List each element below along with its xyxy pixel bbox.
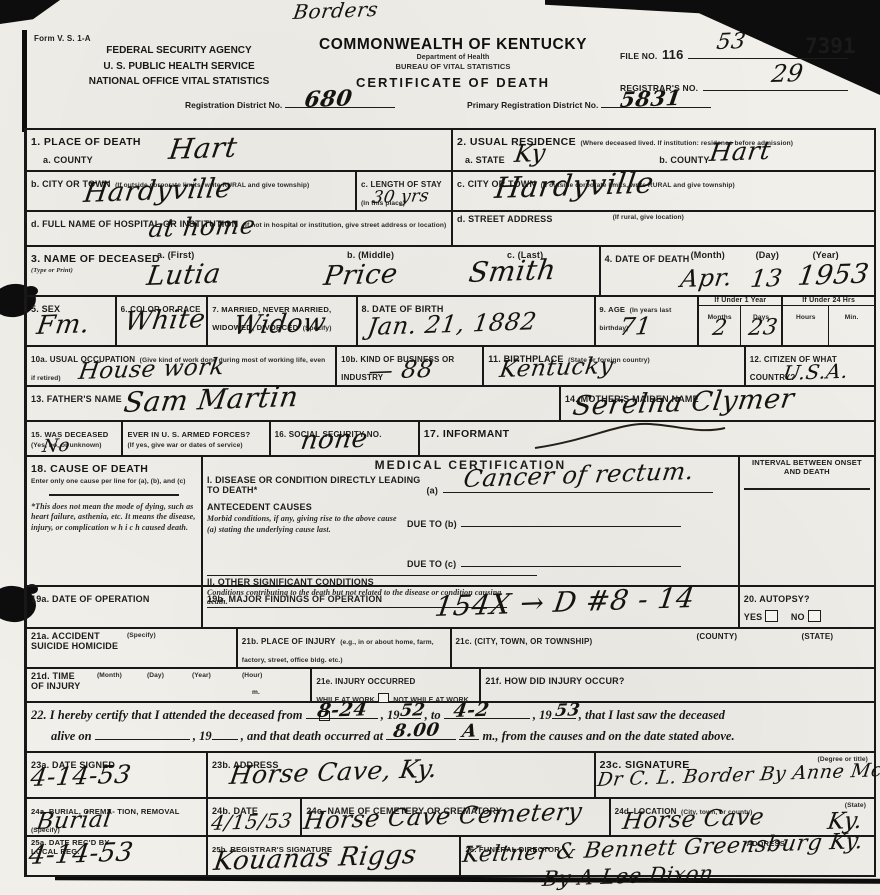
s9-months-value: 2 (711, 318, 729, 340)
section-10b-business: 10b. KIND OF BUSINESS OR INDUSTRY — 88 (335, 347, 482, 385)
file-no-stamped: 7391 (805, 34, 856, 58)
s21d-year-label: (Year) (192, 672, 211, 680)
file-no-label: FILE NO. (620, 51, 658, 61)
section-19a-date-of-operation: 19a. DATE OF OPERATION (27, 587, 201, 627)
section-23b-address: 23b. ADDRESS Horse Cave, Ky. (206, 753, 594, 797)
dept-of-health: Department of Health (288, 54, 618, 62)
s23b-value: Horse Cave, Ky. (228, 756, 439, 788)
informant-signature-stroke (530, 420, 730, 450)
s4-year-value: 1953 (796, 261, 871, 290)
s21c-state-label: (STATE) (802, 632, 834, 641)
s21c-county-label: (COUNTY) (697, 632, 738, 641)
section-26-funeral-director: 26. FUNERAL DIRECTOR ADDRESS Keltner & B… (459, 837, 874, 875)
s22-p6: alive on (51, 729, 92, 743)
med-part2-label: II. OTHER SIGNIFICANT CONDITIONS (207, 575, 537, 587)
s22-p5: , that I last saw the deceased (579, 708, 725, 722)
agency-line-2: U. S. PUBLIC HEALTH SERVICE (34, 59, 324, 75)
s3-first-value: Lutia (145, 260, 223, 290)
med-part1-label: I. DISEASE OR CONDITION DIRECTLY LEADING… (207, 475, 422, 496)
med-part1-value: Cancer of rectum. (462, 459, 696, 491)
s9-value: 71 (618, 314, 653, 339)
s25a-value: 4-14-53 (27, 839, 135, 869)
s22-p9: m., from the causes and on the date stat… (483, 729, 735, 743)
s19a-label: 19a. DATE OF OPERATION (31, 594, 150, 604)
s3-last-value: Smith (467, 256, 558, 287)
s16-value: none (299, 426, 370, 454)
s1-county-label: a. COUNTY (43, 155, 93, 165)
s4-month-label: (Month) (691, 250, 725, 260)
s22-p4: , 19 (533, 708, 552, 722)
s12-value: U.S.A. (782, 361, 850, 383)
section-9-age: 9. AGE (In years last birthday) 71 If Un… (594, 297, 874, 345)
s17-label: 17. INFORMANT (424, 428, 510, 440)
section-24b-date: 24b. DATE 4/15/53 (206, 799, 300, 835)
scan-corner-shadow-top-left (0, 0, 60, 24)
section-6-color-or-race: 6. COLOR OR RACE White (115, 297, 207, 345)
top-annotation: Borders (292, 0, 380, 22)
s21e-label: 21e. INJURY OCCURRED (316, 677, 415, 686)
header-agency-block: Form V. S. 1-A FEDERAL SECURITY AGENCY U… (34, 34, 324, 90)
section-21b-place-of-injury: 21b. PLACE OF INJURY (e.g., in or about … (236, 629, 450, 667)
s22-ampm-value: A (461, 723, 478, 741)
section-19b-major-findings: 19b. MAJOR FINDINGS OF OPERATION 154X → … (201, 587, 738, 627)
s22-p8: , and that death occurred at (241, 729, 383, 743)
s18-note1: Enter only one cause per line for (a), (… (31, 478, 197, 486)
s21d-hour-label: (Hour) (242, 672, 262, 680)
s2-state-label: a. STATE (465, 155, 505, 165)
section-5-sex: 5. SEX Fm. (27, 297, 115, 345)
section-21a-accident-suicide-homicide: 21a. ACCIDENT SUICIDE HOMICIDE (Specify) (27, 629, 236, 667)
s6-value: White (123, 306, 207, 335)
section-15-armed-forces: 15. WAS DECEASED (Yes, no, or unknown) N… (27, 422, 121, 455)
s22-time-value: 8.00 (392, 721, 441, 741)
s21a-label: 21a. ACCIDENT SUICIDE HOMICIDE (31, 631, 121, 652)
s1-county-value: Hart (167, 134, 239, 164)
s2-street-label: d. STREET ADDRESS (457, 214, 553, 243)
s1-city-value: Hardyville (82, 175, 234, 207)
section-21d-time-of-injury: 21d. TIME OF INJURY (Month) (Day) (Year)… (27, 669, 310, 701)
section-4-date-of-death: 4. DATE OF DEATH (Month) (Day) (Year) Ap… (599, 247, 874, 295)
s13-value: Sam Martin (122, 383, 300, 417)
s2-county-label: b. COUNTY (659, 155, 709, 165)
s10b-value: — 88 (367, 357, 435, 383)
s26-value: Keltner & Bennett Greensburg Ky. (461, 831, 865, 867)
s21b-label: 21b. PLACE OF INJURY (242, 637, 336, 646)
s1-stay-value: 30 yrs (371, 188, 430, 207)
commonwealth-title: COMMONWEALTH OF KENTUCKY (288, 36, 618, 54)
form-number: Form V. S. 1-A (34, 34, 324, 43)
s18-label: 18. CAUSE OF DEATH (31, 463, 148, 475)
s24a-value: Burial (35, 808, 113, 834)
s21c-label: 21c. (CITY, TOWN, OR TOWNSHIP) (456, 637, 593, 646)
s9-days-value: 23 (747, 317, 779, 340)
section-21c-city-county-state: 21c. (CITY, TOWN, OR TOWNSHIP) (COUNTY) … (450, 629, 874, 667)
s1-title: 1. PLACE OF DEATH (31, 136, 141, 148)
section-12-citizen: 12. CITIZEN OF WHAT COUNTRY? U.S.A. (744, 347, 874, 385)
reg-district-label: Registration District No. (185, 100, 282, 110)
s19b-label: 19b. MAJOR FINDINGS OF OPERATION (207, 594, 382, 604)
section-1-place-of-death: 1. PLACE OF DEATH a. COUNTY Hart b. CITY… (27, 130, 451, 245)
section-16-social-security: 16. SOCIAL SECURITY NO. none (269, 422, 418, 455)
med-part1-sub: (a) (426, 485, 438, 495)
s22-to-year: 53 (554, 702, 581, 720)
s24c-value: Horse Cave Cemetery (302, 799, 584, 833)
s1-hospital-value: at home (147, 212, 257, 241)
s22-from-value: 8-24 (316, 700, 369, 721)
s25b-value: Kouanas Riggs (212, 842, 418, 875)
s22-to-value: 4-2 (452, 701, 491, 721)
s20-label: 20. AUTOPSY? (744, 594, 810, 604)
registration-district-line: Registration District No. 680 Primary Re… (185, 100, 875, 110)
s22-p2: , 19 (381, 708, 400, 722)
death-certificate-scan: Borders Form V. S. 1-A FEDERAL SECURITY … (0, 0, 880, 895)
reg-district-value: 680 (303, 87, 354, 111)
s15-value: No (41, 437, 71, 456)
s15-note2: (If yes, give war or dates of service) (127, 442, 264, 450)
s15-label2: EVER IN U. S. ARMED FORCES? (127, 430, 250, 439)
med-interval-label: INTERVAL BETWEEN ONSET AND DEATH (744, 459, 870, 490)
s23a-value: 4-14-53 (29, 762, 133, 790)
med-due-c: DUE TO (c) (407, 559, 456, 569)
section-25b-registrar-signature: 25b. REGISTRAR'S SIGNATURE Kouanas Riggs (206, 837, 460, 875)
left-binding-bar (22, 30, 27, 132)
s1-hospital-note: (If not in hospital or institution, give… (243, 222, 447, 229)
section-17-informant: 17. INFORMANT (418, 422, 874, 455)
s21d-label: 21d. TIME OF INJURY (31, 671, 86, 692)
s10a-value: House work (77, 356, 226, 384)
s3-middle-value: Price (322, 260, 400, 290)
s18-note2: *This does not mean the mode of dying, s… (31, 502, 197, 533)
s26-value2: By A Lee Dixon (541, 863, 715, 890)
s7-value: Widow (232, 310, 328, 339)
section-3-name-of-deceased: 3. NAME OF DECEASED (Type or Print) a. (… (27, 247, 599, 295)
med-morbid-note: Morbid conditions, if any, giving rise t… (207, 514, 407, 572)
registrar-no-value: 29 (770, 61, 805, 86)
med-due-b: DUE TO (b) (407, 519, 457, 529)
section-24a-burial: 24a. BURIAL, CREMA- TION, REMOVAL (Speci… (27, 799, 206, 835)
s22-p7: , 19 (193, 729, 212, 743)
med-antecedent: ANTECEDENT CAUSES (207, 502, 734, 512)
s4-day-label: (Day) (756, 250, 780, 260)
s21d-month-label: (Month) (97, 672, 122, 680)
medical-certification-block: MEDICAL CERTIFICATION I. DISEASE OR COND… (201, 457, 738, 585)
s9-under24-label: If Under 24 Hrs (783, 297, 874, 306)
s21d-m-label: m. (252, 689, 260, 697)
autopsy-yes-checkbox (765, 610, 778, 622)
section-20-autopsy: 20. AUTOPSY? YES NO (738, 587, 874, 627)
s2-county-value: Hart (708, 138, 773, 165)
s9-min-label: Min. (845, 314, 859, 321)
s24b-value: 4/15/53 (210, 810, 294, 833)
s2-street-note: (If rural, give location) (613, 214, 684, 243)
s13-label: 13. FATHER'S NAME (31, 394, 122, 404)
section-11-birthplace: 11. BIRTHPLACE (State or foreign country… (482, 347, 743, 385)
autopsy-no-checkbox (808, 610, 821, 622)
s20-yes-label: YES (744, 612, 763, 622)
header-title-block: COMMONWEALTH OF KENTUCKY Department of H… (288, 36, 618, 90)
section-10a-occupation: 10a. USUAL OCCUPATION (Give kind of work… (27, 347, 335, 385)
s9-under1-label: If Under 1 Year (699, 297, 781, 306)
s14-value: Serelna Clymer (571, 385, 796, 420)
interval-column: INTERVAL BETWEEN ONSET AND DEATH (738, 457, 874, 585)
primary-district-value: 5831 (619, 87, 683, 110)
section-2-usual-residence: 2. USUAL RESIDENCE (Where deceased lived… (451, 130, 874, 245)
file-no-printed: 116 (662, 47, 684, 62)
agency-line-1: FEDERAL SECURITY AGENCY (34, 43, 324, 59)
file-no-written: 53 (715, 31, 747, 54)
section-25a-date-received: 25a. DATE REC'D BY LOCAL REG. 4-14-53 (27, 837, 206, 875)
s24d-value: Horse Cave (621, 806, 766, 834)
s5-value: Fm. (35, 311, 91, 339)
section-14-mothers-maiden-name: 14. MOTHER'S MAIDEN NAME Serelna Clymer (559, 387, 874, 420)
s19b-value: 154X → D #8 - 14 (433, 584, 697, 621)
section-23a-date-signed: 23a. DATE SIGNED 4-14-53 (27, 753, 206, 797)
s21a-note: (Specify) (127, 632, 156, 640)
s3-title: 3. NAME OF DECEASED (31, 253, 160, 265)
s22-p1: 22. I hereby certify that I attended the… (31, 708, 302, 722)
s4-title: 4. DATE OF DEATH (605, 254, 690, 264)
s2-city-value: Hardyville (493, 169, 656, 203)
primary-district-label: Primary Registration District No. (467, 100, 598, 110)
certificate-form-table: 1. PLACE OF DEATH a. COUNTY Hart b. CITY… (24, 128, 876, 877)
s11-value: Kentucky (498, 355, 615, 382)
section-22-certification-statement: 22. I hereby certify that I attended the… (27, 703, 874, 751)
section-21f-how-did-injury-occur: 21f. HOW DID INJURY OCCUR? (479, 669, 874, 701)
bureau-vital-statistics: BUREAU OF VITAL STATISTICS (288, 62, 618, 71)
section-7-marital-status: 7. MARRIED, NEVER MARRIED, WIDOWED, DIVO… (206, 297, 355, 345)
agency-line-3: NATIONAL OFFICE VITAL STATISTICS (34, 74, 324, 90)
section-18-cause-of-death: 18. CAUSE OF DEATH Enter only one cause … (27, 457, 201, 585)
s4-month-value: Apr. (679, 265, 734, 291)
s8-value: Jan. 21, 1882 (366, 309, 538, 339)
while-at-work-checkbox (378, 693, 389, 703)
section-13-fathers-name: 13. FATHER'S NAME Sam Martin (27, 387, 559, 420)
section-24c-cemetery: 24c. NAME OF CEMETERY OR CREMATORY Horse… (300, 799, 608, 835)
s21f-label: 21f. HOW DID INJURY OCCUR? (485, 676, 624, 686)
s4-day-value: 13 (749, 266, 784, 291)
section-8-date-of-birth: 8. DATE OF BIRTH Jan. 21, 1882 (356, 297, 595, 345)
section-15b-armed-forces-detail: EVER IN U. S. ARMED FORCES? (If yes, giv… (121, 422, 268, 455)
s21d-day-label: (Day) (147, 672, 164, 680)
s22-from-year: 52 (399, 702, 426, 720)
section-23c-signature: 23c. SIGNATURE (Degree or title) Dr C. L… (594, 753, 874, 797)
section-21e-injury-occurred: 21e. INJURY OCCURRED WHILE AT WORK NOT W… (310, 669, 479, 701)
s2-state-value: Ky (513, 141, 548, 166)
s20-no-label: NO (791, 612, 805, 622)
s9-hours-label: Hours (796, 314, 816, 321)
